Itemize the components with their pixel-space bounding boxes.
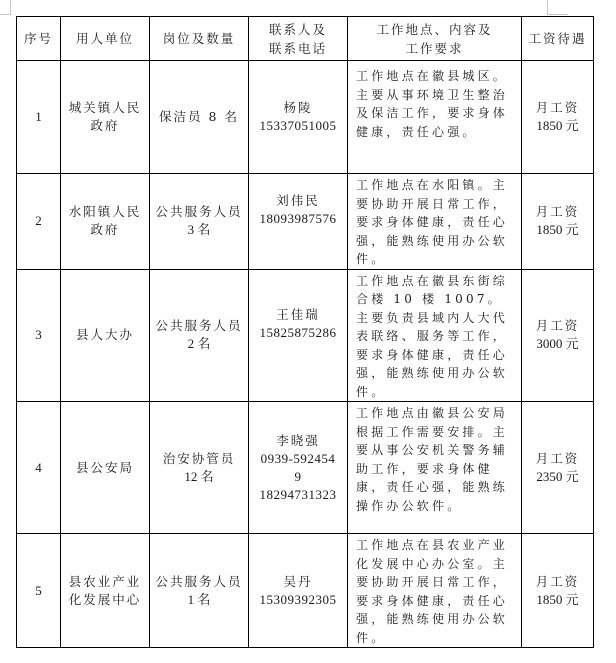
description-cell: 工作地点在徽县东街综合楼 10 楼 1007。主要负责县域内人大代表联络、服务等… (348, 269, 522, 402)
unit-cell: 县人大办 (61, 269, 150, 402)
seq-cell: 1 (17, 61, 61, 174)
salary-cell: 月工资 3000 元 (522, 269, 594, 402)
salary-label: 月工资 (522, 317, 593, 335)
salary-cell: 月工资 1850 元 (522, 61, 594, 174)
contact-cell: 杨陵 15337051005 (249, 61, 348, 174)
header-contact: 联系人及 联系电话 (249, 17, 348, 61)
position-line2: 3 名 (150, 221, 248, 239)
contact-phone: 15337051005 (249, 117, 347, 135)
description-text: 工作地点由徽县公安局根据工作需要安排。主要从事公安机关警务辅助工作，要求身体健康… (356, 404, 513, 515)
position-cell: 公共服务人员 3 名 (150, 174, 249, 270)
contact-phone: 15309392305 (249, 591, 347, 609)
salary-label: 月工资 (522, 450, 593, 468)
description-cell: 工作地点在县农业产业化发展中心办公室。主要协助开展日常工作，要求身体健康，责任心… (348, 534, 522, 648)
salary-label: 月工资 (522, 203, 593, 221)
unit-cell: 县公安局 (61, 402, 150, 534)
unit-line1: 县人大办 (61, 326, 149, 344)
unit-line1: 水阳镇人民 (61, 203, 149, 221)
contact-name: 李晓强 (249, 432, 347, 450)
table-row: 3 县人大办 公共服务人员 2 名 王佳瑞 15825875286 工作地点在徽… (17, 269, 594, 402)
position-line2: 1 名 (150, 591, 248, 609)
unit-line1: 城关镇人民 (61, 99, 149, 117)
header-row: 序号 用人单位 岗位及数量 联系人及 联系电话 工作地点、内容及 工作要求 工资… (17, 17, 594, 61)
salary-amount: 1850 元 (522, 591, 593, 609)
position-line1: 公共服务人员 (150, 203, 248, 221)
contact-phone-line1: 0939-592454 (249, 450, 347, 468)
position-line1: 公共服务人员 (150, 573, 248, 591)
seq-cell: 4 (17, 402, 61, 534)
description-text: 工作地点在徽县东街综合楼 10 楼 1007。主要负责县域内人大代表联络、服务等… (356, 272, 513, 402)
description-cell: 工作地点在徽县城区。主要从事环境卫生整治及保洁工作，要求身体健康，责任心强。 (348, 61, 522, 174)
header-contact-line2: 联系电话 (249, 39, 347, 58)
description-cell: 工作地点在水阳镇。主要协助开展日常工作，要求身体健康，责任心强，能熟练使用办公软… (348, 174, 522, 270)
contact-cell: 王佳瑞 15825875286 (249, 269, 348, 402)
description-text: 工作地点在县农业产业化发展中心办公室。主要协助开展日常工作，要求身体健康，责任心… (356, 536, 513, 647)
table-row: 2 水阳镇人民 政府 公共服务人员 3 名 刘伟民 18093987576 工作… (17, 174, 594, 270)
contact-cell: 李晓强 0939-592454 9 18294731323 (249, 402, 348, 534)
seq-cell: 5 (17, 534, 61, 648)
position-line1: 保洁员 8 名 (150, 108, 248, 126)
position-cell: 治安协管员 12 名 (150, 402, 249, 534)
contact-cell: 刘伟民 18093987576 (249, 174, 348, 270)
unit-line2: 化发展中心 (61, 591, 149, 609)
contact-cell: 吴丹 15309392305 (249, 534, 348, 648)
table-row: 1 城关镇人民 政府 保洁员 8 名 杨陵 15337051005 工作地点在徽… (17, 61, 594, 174)
salary-label: 月工资 (522, 573, 593, 591)
position-cell: 保洁员 8 名 (150, 61, 249, 174)
header-seq: 序号 (17, 17, 61, 61)
salary-amount: 3000 元 (522, 335, 593, 353)
header-work: 工作地点、内容及 工作要求 (348, 17, 522, 61)
unit-line2: 政府 (61, 221, 149, 239)
contact-phone-line2: 9 (249, 468, 347, 486)
position-line1: 公共服务人员 (150, 317, 248, 335)
page-corner-mark-left (0, 0, 11, 15)
salary-cell: 月工资 2350 元 (522, 402, 594, 534)
salary-amount: 1850 元 (522, 117, 593, 135)
contact-phone: 15825875286 (249, 324, 347, 342)
salary-amount: 2350 元 (522, 468, 593, 486)
header-contact-line1: 联系人及 (249, 20, 347, 39)
recruitment-table: 序号 用人单位 岗位及数量 联系人及 联系电话 工作地点、内容及 工作要求 工资… (16, 16, 594, 648)
salary-cell: 月工资 1850 元 (522, 174, 594, 270)
contact-name: 吴丹 (249, 573, 347, 591)
unit-line1: 县公安局 (61, 459, 149, 477)
contact-name: 刘伟民 (249, 192, 347, 210)
header-work-line2: 工作要求 (348, 39, 521, 58)
position-line1: 治安协管员 (150, 450, 248, 468)
unit-line2: 政府 (61, 117, 149, 135)
position-cell: 公共服务人员 2 名 (150, 269, 249, 402)
contact-phone-line3: 18294731323 (249, 486, 347, 504)
unit-line1: 县农业产业 (61, 573, 149, 591)
salary-amount: 1850 元 (522, 221, 593, 239)
contact-name: 王佳瑞 (249, 306, 347, 324)
table-row: 5 县农业产业 化发展中心 公共服务人员 1 名 吴丹 15309392305 … (17, 534, 594, 648)
contact-name: 杨陵 (249, 99, 347, 117)
description-text: 工作地点在徽县城区。主要从事环境卫生整治及保洁工作，要求身体健康，责任心强。 (356, 67, 513, 141)
description-cell: 工作地点由徽县公安局根据工作需要安排。主要从事公安机关警务辅助工作，要求身体健康… (348, 402, 522, 534)
page-corner-mark-right (547, 0, 568, 15)
unit-cell: 城关镇人民 政府 (61, 61, 150, 174)
contact-phone: 18093987576 (249, 210, 347, 228)
seq-cell: 3 (17, 269, 61, 402)
position-cell: 公共服务人员 1 名 (150, 534, 249, 648)
unit-cell: 水阳镇人民 政府 (61, 174, 150, 270)
table-row: 4 县公安局 治安协管员 12 名 李晓强 0939-592454 9 1829… (17, 402, 594, 534)
seq-cell: 2 (17, 174, 61, 270)
unit-cell: 县农业产业 化发展中心 (61, 534, 150, 648)
position-line2: 2 名 (150, 335, 248, 353)
header-unit: 用人单位 (61, 17, 150, 61)
position-line2: 12 名 (150, 468, 248, 486)
header-salary: 工资待遇 (522, 17, 594, 61)
salary-label: 月工资 (522, 99, 593, 117)
header-position: 岗位及数量 (150, 17, 249, 61)
description-text: 工作地点在水阳镇。主要协助开展日常工作，要求身体健康，责任心强，能熟练使用办公软… (356, 176, 513, 269)
salary-cell: 月工资 1850 元 (522, 534, 594, 648)
header-work-line1: 工作地点、内容及 (348, 20, 521, 39)
